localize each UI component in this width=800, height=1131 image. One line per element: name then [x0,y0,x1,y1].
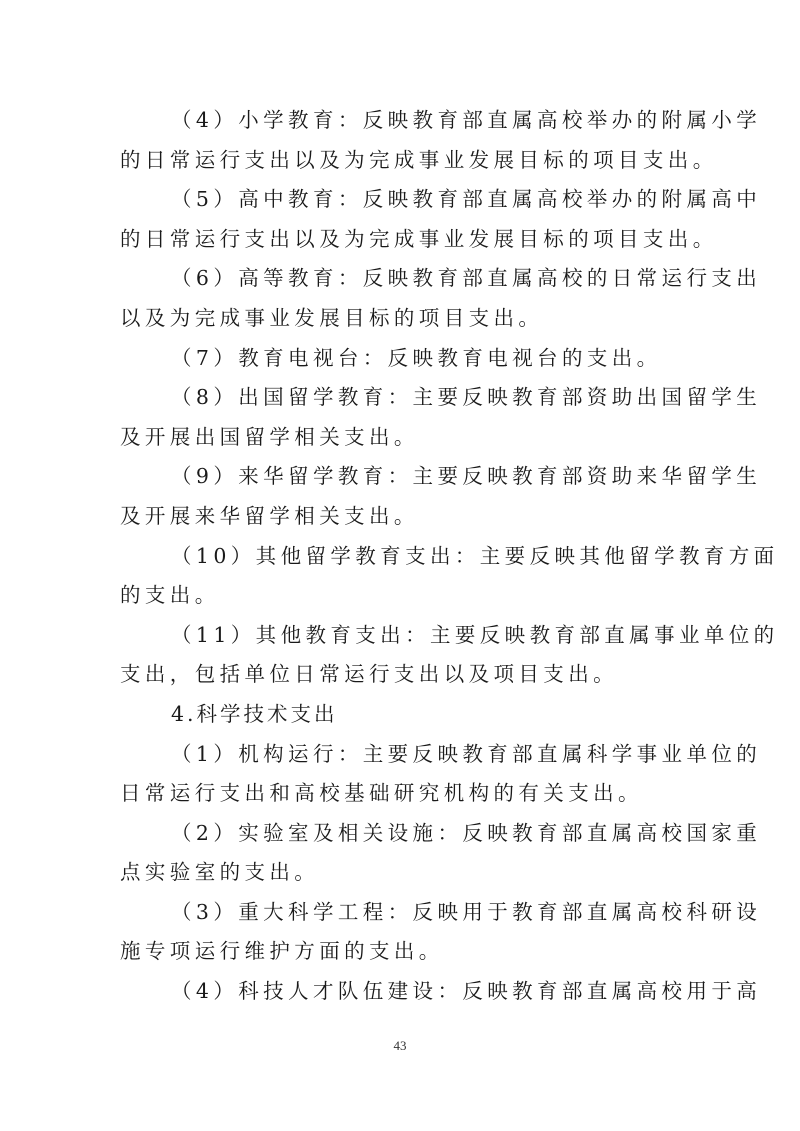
paragraph-line: 支出，包括单位日常运行支出以及项目支出。 [120,655,682,695]
page-number: 43 [0,1038,800,1054]
paragraph-line: 及开展出国留学相关支出。 [120,418,682,458]
paragraph-line: 点实验室的支出。 [120,853,682,893]
paragraph-line: （8）出国留学教育：主要反映教育部资助出国留学生 [120,378,682,418]
paragraph-line: （2）实验室及相关设施：反映教育部直属高校国家重 [120,814,682,854]
paragraph-line: （4）小学教育：反映教育部直属高校举办的附属小学 [120,101,682,141]
paragraph-line: （10）其他留学教育支出：主要反映其他留学教育方面 [120,537,682,577]
paragraph-line: 日常运行支出和高校基础研究机构的有关支出。 [120,774,682,814]
document-page: （4）小学教育：反映教育部直属高校举办的附属小学 的日常运行支出以及为完成事业发… [0,0,800,1131]
paragraph-line: 施专项运行维护方面的支出。 [120,932,682,972]
paragraph-line: 及开展来华留学相关支出。 [120,497,682,537]
paragraph-line: （6）高等教育：反映教育部直属高校的日常运行支出 [120,259,682,299]
paragraph-line: （1）机构运行：主要反映教育部直属科学事业单位的 [120,735,682,775]
paragraph-line: （11）其他教育支出：主要反映教育部直属事业单位的 [120,616,682,656]
paragraph-line: （5）高中教育：反映教育部直属高校举办的附属高中 [120,180,682,220]
page-body: （4）小学教育：反映教育部直属高校举办的附属小学 的日常运行支出以及为完成事业发… [120,101,682,1012]
paragraph-line: （7）教育电视台：反映教育电视台的支出。 [120,339,682,379]
paragraph-line: 的支出。 [120,576,682,616]
paragraph-line: 以及为完成事业发展目标的项目支出。 [120,299,682,339]
paragraph-line: 的日常运行支出以及为完成事业发展目标的项目支出。 [120,141,682,181]
paragraph-line: 的日常运行支出以及为完成事业发展目标的项目支出。 [120,220,682,260]
paragraph-line: （3）重大科学工程：反映用于教育部直属高校科研设 [120,893,682,933]
paragraph-line: （4）科技人才队伍建设：反映教育部直属高校用于高 [120,972,682,1012]
section-heading: 4.科学技术支出 [120,695,682,735]
paragraph-line: （9）来华留学教育：主要反映教育部资助来华留学生 [120,457,682,497]
